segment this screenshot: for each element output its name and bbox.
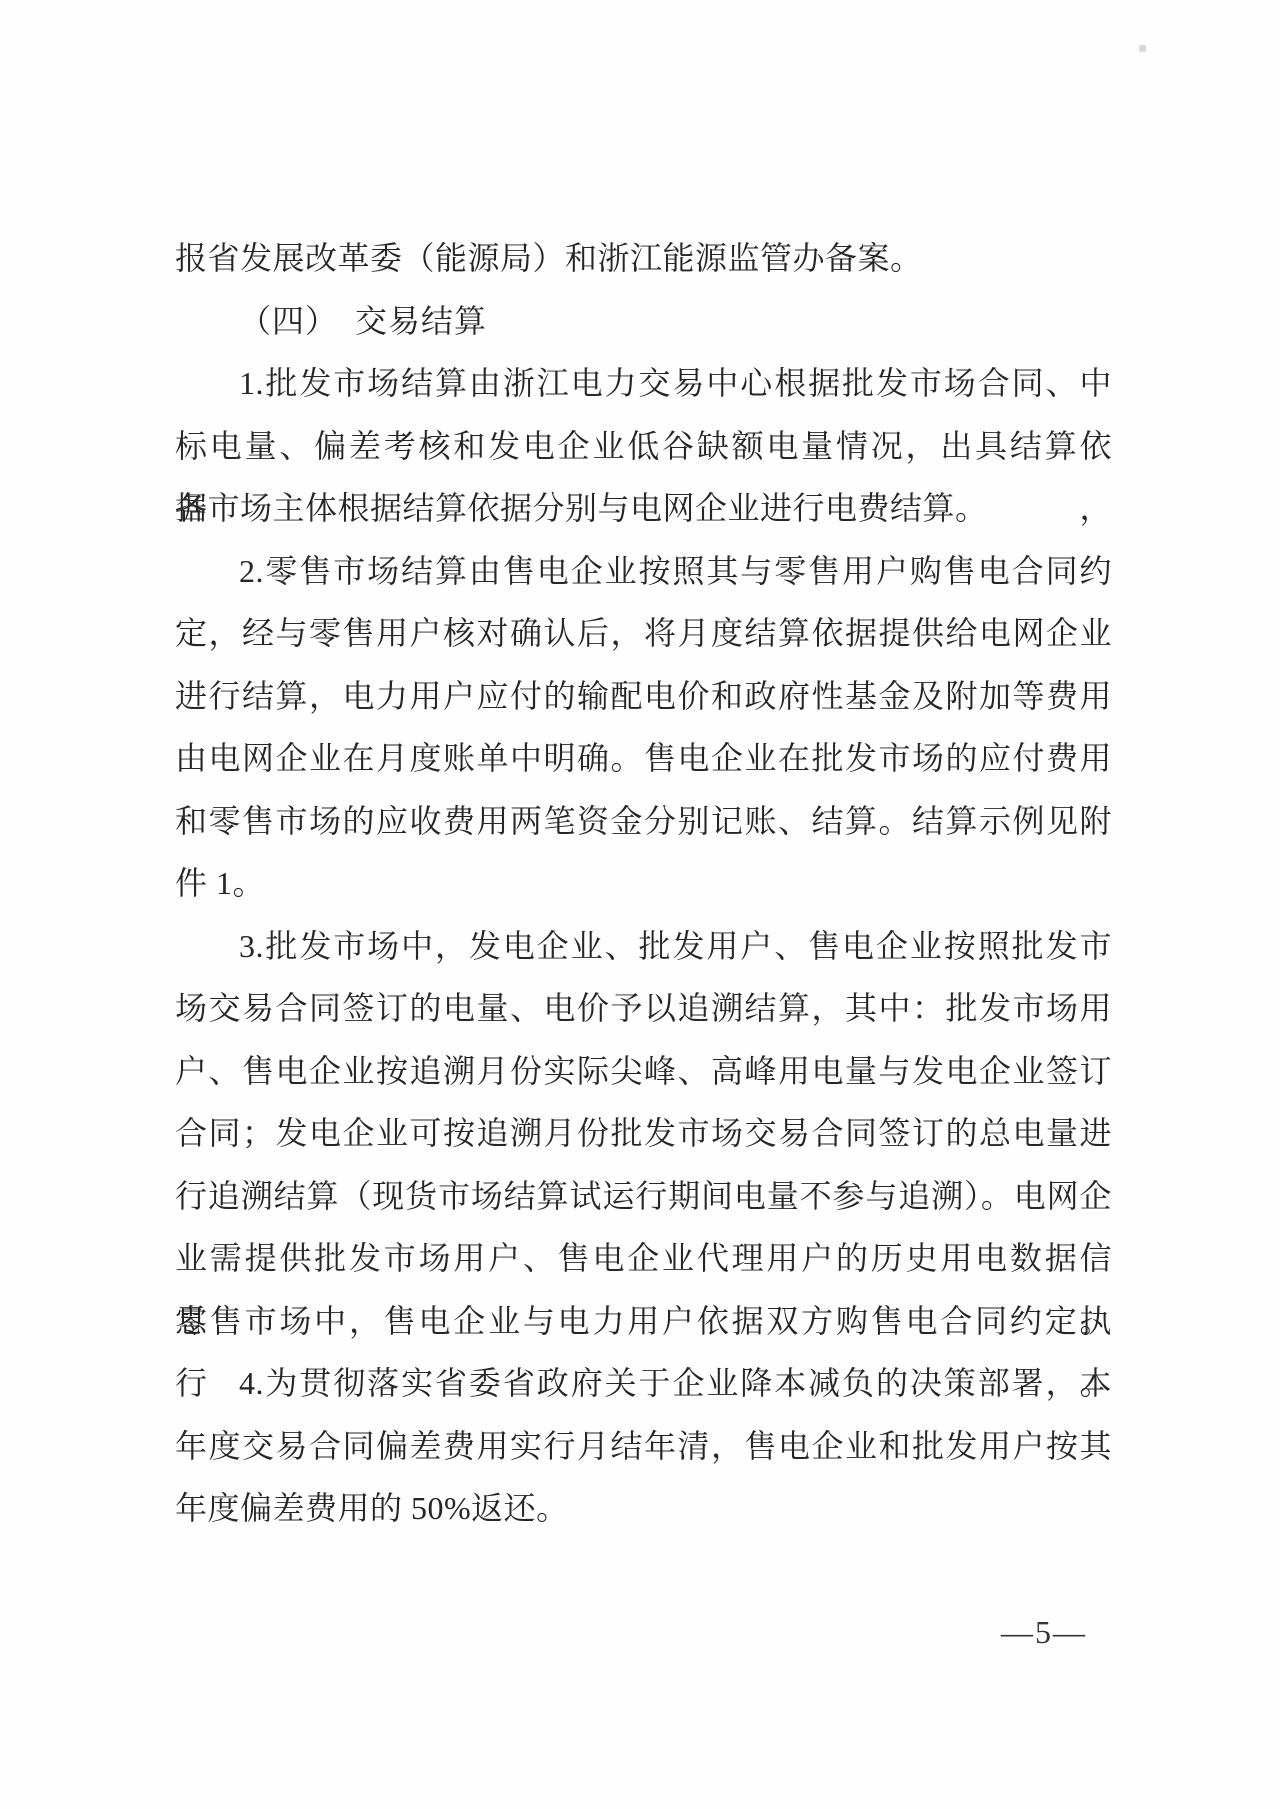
text-line: 年度交易合同偏差费用实行月结年清，售电企业和批发用户按其: [175, 1415, 1112, 1478]
text-line: 件 1。: [175, 852, 1112, 915]
text-line: 2.零售市场结算由售电企业按照其与零售用户购售电合同约: [175, 540, 1112, 603]
text-line: 由电网企业在月度账单中明确。售电企业在批发市场的应付费用: [175, 727, 1112, 790]
text-line: 报省发展改革委（能源局）和浙江能源监管办备案。: [175, 227, 1112, 290]
text-line: 行追溯结算（现货市场结算试运行期间电量不参与追溯）。电网企: [175, 1165, 1112, 1228]
text-line: 场交易合同签订的电量、电价予以追溯结算，其中：批发市场用: [175, 977, 1112, 1040]
text-line: 零售市场中，售电企业与电力用户依据双方购售电合同约定执行。: [175, 1290, 1112, 1353]
page-number: —5—: [1001, 1612, 1087, 1652]
text-line: 各市场主体根据结算依据分别与电网企业进行电费结算。: [175, 477, 1112, 540]
text-line: 定，经与零售用户核对确认后，将月度结算依据提供给电网企业: [175, 602, 1112, 665]
text-line: 业需提供批发市场用户、售电企业代理用户的历史用电数据信息。: [175, 1227, 1112, 1290]
text-line: 合同；发电企业可按追溯月份批发市场交易合同签订的总电量进: [175, 1102, 1112, 1165]
text-line: 3.批发市场中，发电企业、批发用户、售电企业按照批发市: [175, 915, 1112, 978]
text-line: 1.批发市场结算由浙江电力交易中心根据批发市场合同、中: [175, 352, 1112, 415]
text-line: 4.为贯彻落实省委省政府关于企业降本减负的决策部署，本: [175, 1352, 1112, 1415]
text-line: 户、售电企业按追溯月份实际尖峰、高峰用电量与发电企业签订: [175, 1040, 1112, 1103]
scan-artifact-dot: [1139, 45, 1146, 52]
scanned-document-page: 报省发展改革委（能源局）和浙江能源监管办备案。 （四） 交易结算 1.批发市场结…: [0, 0, 1280, 1809]
text-line: 年度偏差费用的 50%返还。: [175, 1477, 1112, 1540]
document-text: 报省发展改革委（能源局）和浙江能源监管办备案。 （四） 交易结算 1.批发市场结…: [175, 227, 1112, 1540]
text-line: 和零售市场的应收费用两笔资金分别记账、结算。结算示例见附: [175, 790, 1112, 853]
text-line: 进行结算，电力用户应付的输配电价和政府性基金及附加等费用: [175, 665, 1112, 728]
section-heading-line: （四） 交易结算: [175, 290, 1112, 353]
text-line: 标电量、偏差考核和发电企业低谷缺额电量情况，出具结算依据，: [175, 415, 1112, 478]
